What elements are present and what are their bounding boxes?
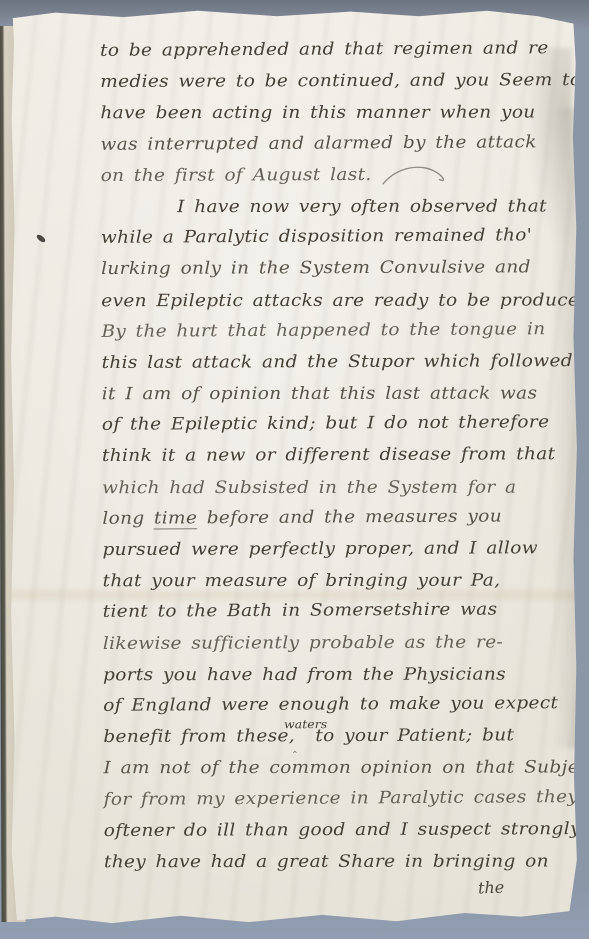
manuscript-line: have been acting in this manner when you — [100, 98, 569, 130]
line-text: lurking only in the System Convulsive an… — [101, 258, 531, 280]
inserted-word: waters — [284, 709, 327, 740]
line-text: likewise sufficiently probable as the re… — [103, 632, 503, 654]
manuscript-line: oftener do ill than good and I suspect s… — [104, 814, 573, 847]
line-text: was interrupted and alarmed by the attac… — [100, 132, 536, 155]
manuscript-line: on the first of August last. — [101, 159, 570, 192]
manuscript-line: medies were to be continued, and you See… — [100, 65, 569, 98]
manuscript-line: which had Subsisted in the System for a — [102, 472, 571, 504]
manuscript-line: while a Paralytic disposition remained t… — [101, 220, 570, 254]
manuscript-line: pursued were perfectly proper, and I all… — [102, 533, 571, 566]
interlinear-insertion: waters‸ — [295, 724, 306, 741]
manuscript-line-with-underline: long time before and the measures you — [102, 501, 571, 535]
line-text: medies were to be continued, and you See… — [100, 70, 581, 92]
line-text: this last attack and the Stupor which fo… — [102, 351, 573, 373]
manuscript-line: this last attack and the Stupor which fo… — [101, 346, 570, 379]
manuscript-line: think it a new or different disease from… — [102, 440, 571, 473]
line-text: oftener do ill than good and I suspect s… — [104, 819, 581, 841]
manuscript-line: I am not of the common opinion on that S… — [103, 753, 572, 785]
line-text: of England were enough to make you expec… — [103, 693, 558, 716]
manuscript-line: By the hurt that happened to the tongue … — [101, 314, 570, 348]
line-text: benefit from these, — [103, 726, 295, 747]
manuscript-line: lurking only in the System Convulsive an… — [101, 252, 570, 285]
line-text: By the hurt that happened to the tongue … — [101, 319, 545, 342]
line-text: I am not of the common opinion on that S… — [103, 758, 589, 779]
letter-body: to be apprehended and that regimen and r… — [100, 34, 573, 878]
manuscript-line: was interrupted and alarmed by the attac… — [100, 127, 569, 161]
manuscript-line: for from my experience in Paralytic case… — [104, 782, 573, 816]
line-text: which had Subsisted in the System for a — [102, 477, 516, 498]
manuscript-line: that your measure of bringing your Pa, — [103, 566, 572, 598]
line-text: think it a new or different disease from… — [102, 445, 556, 467]
line-text: long — [102, 508, 154, 528]
manuscript-line: even Epileptic attacks are ready to be p… — [101, 285, 570, 317]
manuscript-line: they have had a great Share in bringing … — [104, 846, 573, 878]
manuscript-line-with-insertion: benefit from these,waters‸ to your Patie… — [103, 720, 572, 753]
manuscript-line: tient to the Bath in Somersetshire was — [103, 594, 572, 628]
line-text: ports you have had from the Physicians — [103, 664, 506, 685]
line-text: tient to the Bath in Somersetshire was — [103, 600, 498, 622]
line-text: it I am of opinion that this last attack… — [102, 384, 538, 405]
line-text: that your measure of bringing your Pa, — [103, 571, 501, 592]
line-text: of the Epileptic kind; but I do not ther… — [102, 412, 550, 435]
line-text: before and the measures you — [197, 506, 502, 528]
manuscript-line: likewise sufficiently probable as the re… — [103, 627, 572, 660]
catchword: the — [478, 878, 505, 898]
manuscript-line: to be apprehended and that regimen and r… — [100, 33, 569, 67]
line-text: pursued were perfectly proper, and I all… — [102, 538, 538, 560]
line-text: on the first of August last. — [101, 165, 372, 186]
manuscript-line: of the Epileptic kind; but I do not ther… — [102, 407, 571, 441]
line-text: for from my experience in Paralytic case… — [104, 787, 579, 810]
manuscript-line: ports you have had from the Physicians — [103, 659, 572, 691]
manuscript-line: of England were enough to make you expec… — [103, 688, 572, 722]
line-text: they have had a great Share in bringing … — [104, 851, 549, 872]
line-text: I have now very often observed that — [177, 196, 547, 217]
line-text: to be apprehended and that regimen and r… — [100, 38, 549, 61]
underlined-word: time — [154, 508, 197, 529]
line-text: to your Patient; but — [306, 725, 515, 746]
manuscript-line: it I am of opinion that this last attack… — [102, 379, 571, 411]
line-text: while a Paralytic disposition remained t… — [101, 225, 532, 248]
photographed-manuscript: to be apprehended and that regimen and r… — [0, 0, 589, 939]
line-text: even Epileptic attacks are ready to be p… — [101, 290, 589, 311]
manuscript-line-paragraph-start: I have now very often observed that — [101, 191, 570, 223]
line-text: have been acting in this manner when you — [100, 103, 535, 124]
manuscript-page: to be apprehended and that regimen and r… — [10, 8, 578, 924]
